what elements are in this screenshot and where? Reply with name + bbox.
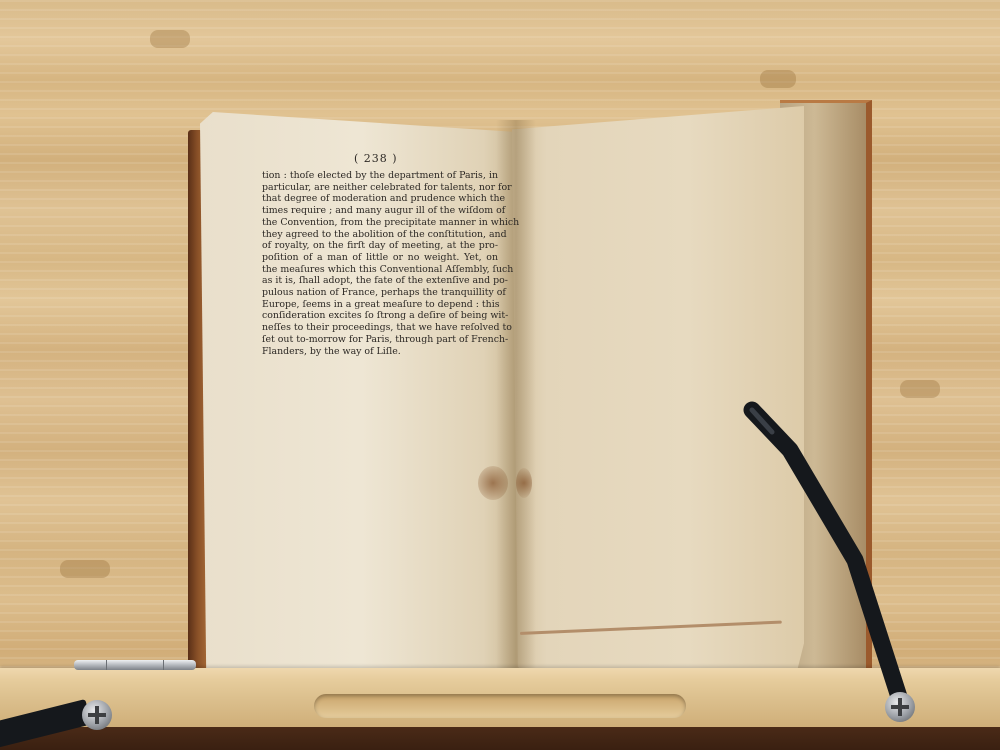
page-text: tion : thoſe elected by the department o… — [262, 170, 498, 357]
bamboo-node — [150, 30, 190, 48]
text-line: tion : thoſe elected by the department o… — [262, 170, 498, 182]
screw-icon — [82, 700, 112, 730]
page-number: ( 238 ) — [354, 152, 398, 165]
table-surface — [0, 727, 1000, 750]
photo-scene: ( 238 ) tion : thoſe elected by the depa… — [0, 0, 1000, 750]
text-line: as it is, ſhall adopt, the fate of the e… — [262, 275, 498, 287]
book-gutter — [496, 120, 536, 680]
text-line: particular, are neither celebrated for t… — [262, 182, 498, 194]
metal-hinge — [74, 660, 196, 670]
bamboo-node — [900, 380, 940, 398]
text-line: the meaſures which this Conventional Aſſ… — [262, 264, 498, 276]
text-line: poſition of a man of little or no weight… — [262, 252, 498, 264]
ledge-slot — [314, 694, 686, 718]
text-line: neſſes to their proceedings, that we hav… — [262, 322, 498, 334]
text-line: times require ; and many augur ill of th… — [262, 205, 498, 217]
right-page — [512, 106, 804, 690]
text-line: conſideration excites ſo ſtrong a deſire… — [262, 310, 498, 322]
text-line: Europe, ſeems in a great meaſure to depe… — [262, 299, 498, 311]
text-line: the Convention, from the precipitate man… — [262, 217, 498, 229]
text-line: pulous nation of France, perhaps the tra… — [262, 287, 498, 299]
text-line: Flanders, by the way of Liſle. — [262, 346, 498, 358]
foxing-stain — [478, 466, 508, 500]
text-line: of royalty, on the firſt day of meeting,… — [262, 240, 498, 252]
text-line: that degree of moderation and prudence w… — [262, 193, 498, 205]
bamboo-node — [60, 560, 110, 578]
bamboo-node — [760, 70, 796, 88]
text-line: ſet out to-morrow for Paris, through par… — [262, 334, 498, 346]
foxing-stain — [516, 468, 532, 498]
text-line: they agreed to the abolition of the conſ… — [262, 229, 498, 241]
screw-icon — [885, 692, 915, 722]
